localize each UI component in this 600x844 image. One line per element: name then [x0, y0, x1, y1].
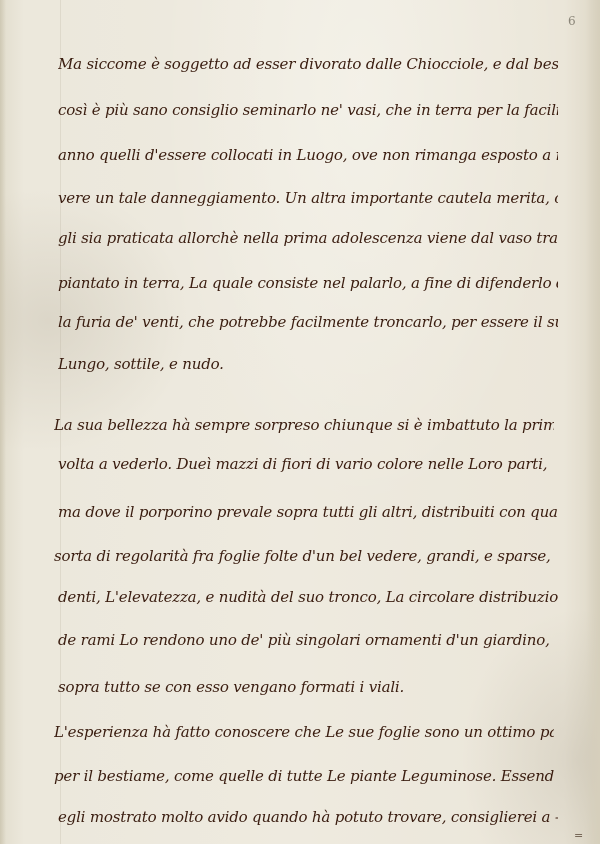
text-line-15: sopra tutto se con esso vengano formati …: [58, 677, 558, 697]
text-line-17: per il bestiame, come quelle di tutte Le…: [54, 766, 554, 786]
page-edge-left: [0, 0, 6, 844]
text-line-8: Lungo, sottile, e nudo.: [58, 354, 558, 374]
text-line-6: piantato in terra, La quale consiste nel…: [58, 273, 558, 293]
text-line-12: sorta di regolarità fra foglie folte d'u…: [54, 546, 554, 566]
folio-number: 6: [568, 14, 576, 28]
text-line-13: denti, L'elevatezza, e nudità del suo tr…: [58, 587, 558, 607]
text-line-7: la furia de' venti, che potrebbe facilme…: [58, 312, 558, 332]
page-edge-right: [586, 0, 600, 844]
text-line-3: anno quelli d'essere collocati in Luogo,…: [58, 145, 558, 165]
text-line-14: de rami Lo rendono uno de' più singolari…: [58, 630, 558, 650]
text-line-4: vere un tale danneggiamento. Un altra im…: [58, 188, 558, 208]
text-line-1: Ma siccome è soggetto ad esser divorato …: [58, 54, 558, 74]
text-line-2: così è più sano consiglio seminarlo ne' …: [58, 100, 558, 120]
catchword-mark: =: [574, 826, 594, 844]
text-line-5: gli sia praticata allorchè nella prima a…: [58, 228, 558, 248]
text-line-10: volta a vederlo. Dueì mazzi di fiori di …: [58, 454, 558, 474]
text-line-16: L'esperienza hà fatto conoscere che Le s…: [54, 722, 554, 742]
text-line-9: La sua bellezza hà sempre sorpreso chiun…: [54, 415, 554, 435]
manuscript-page: 6 Ma siccome è soggetto ad esser divorat…: [0, 0, 600, 844]
text-line-18: egli mostrato molto avido quando hà potu…: [58, 807, 558, 827]
text-line-11: ma dove il porporino prevale sopra tutti…: [58, 502, 558, 522]
